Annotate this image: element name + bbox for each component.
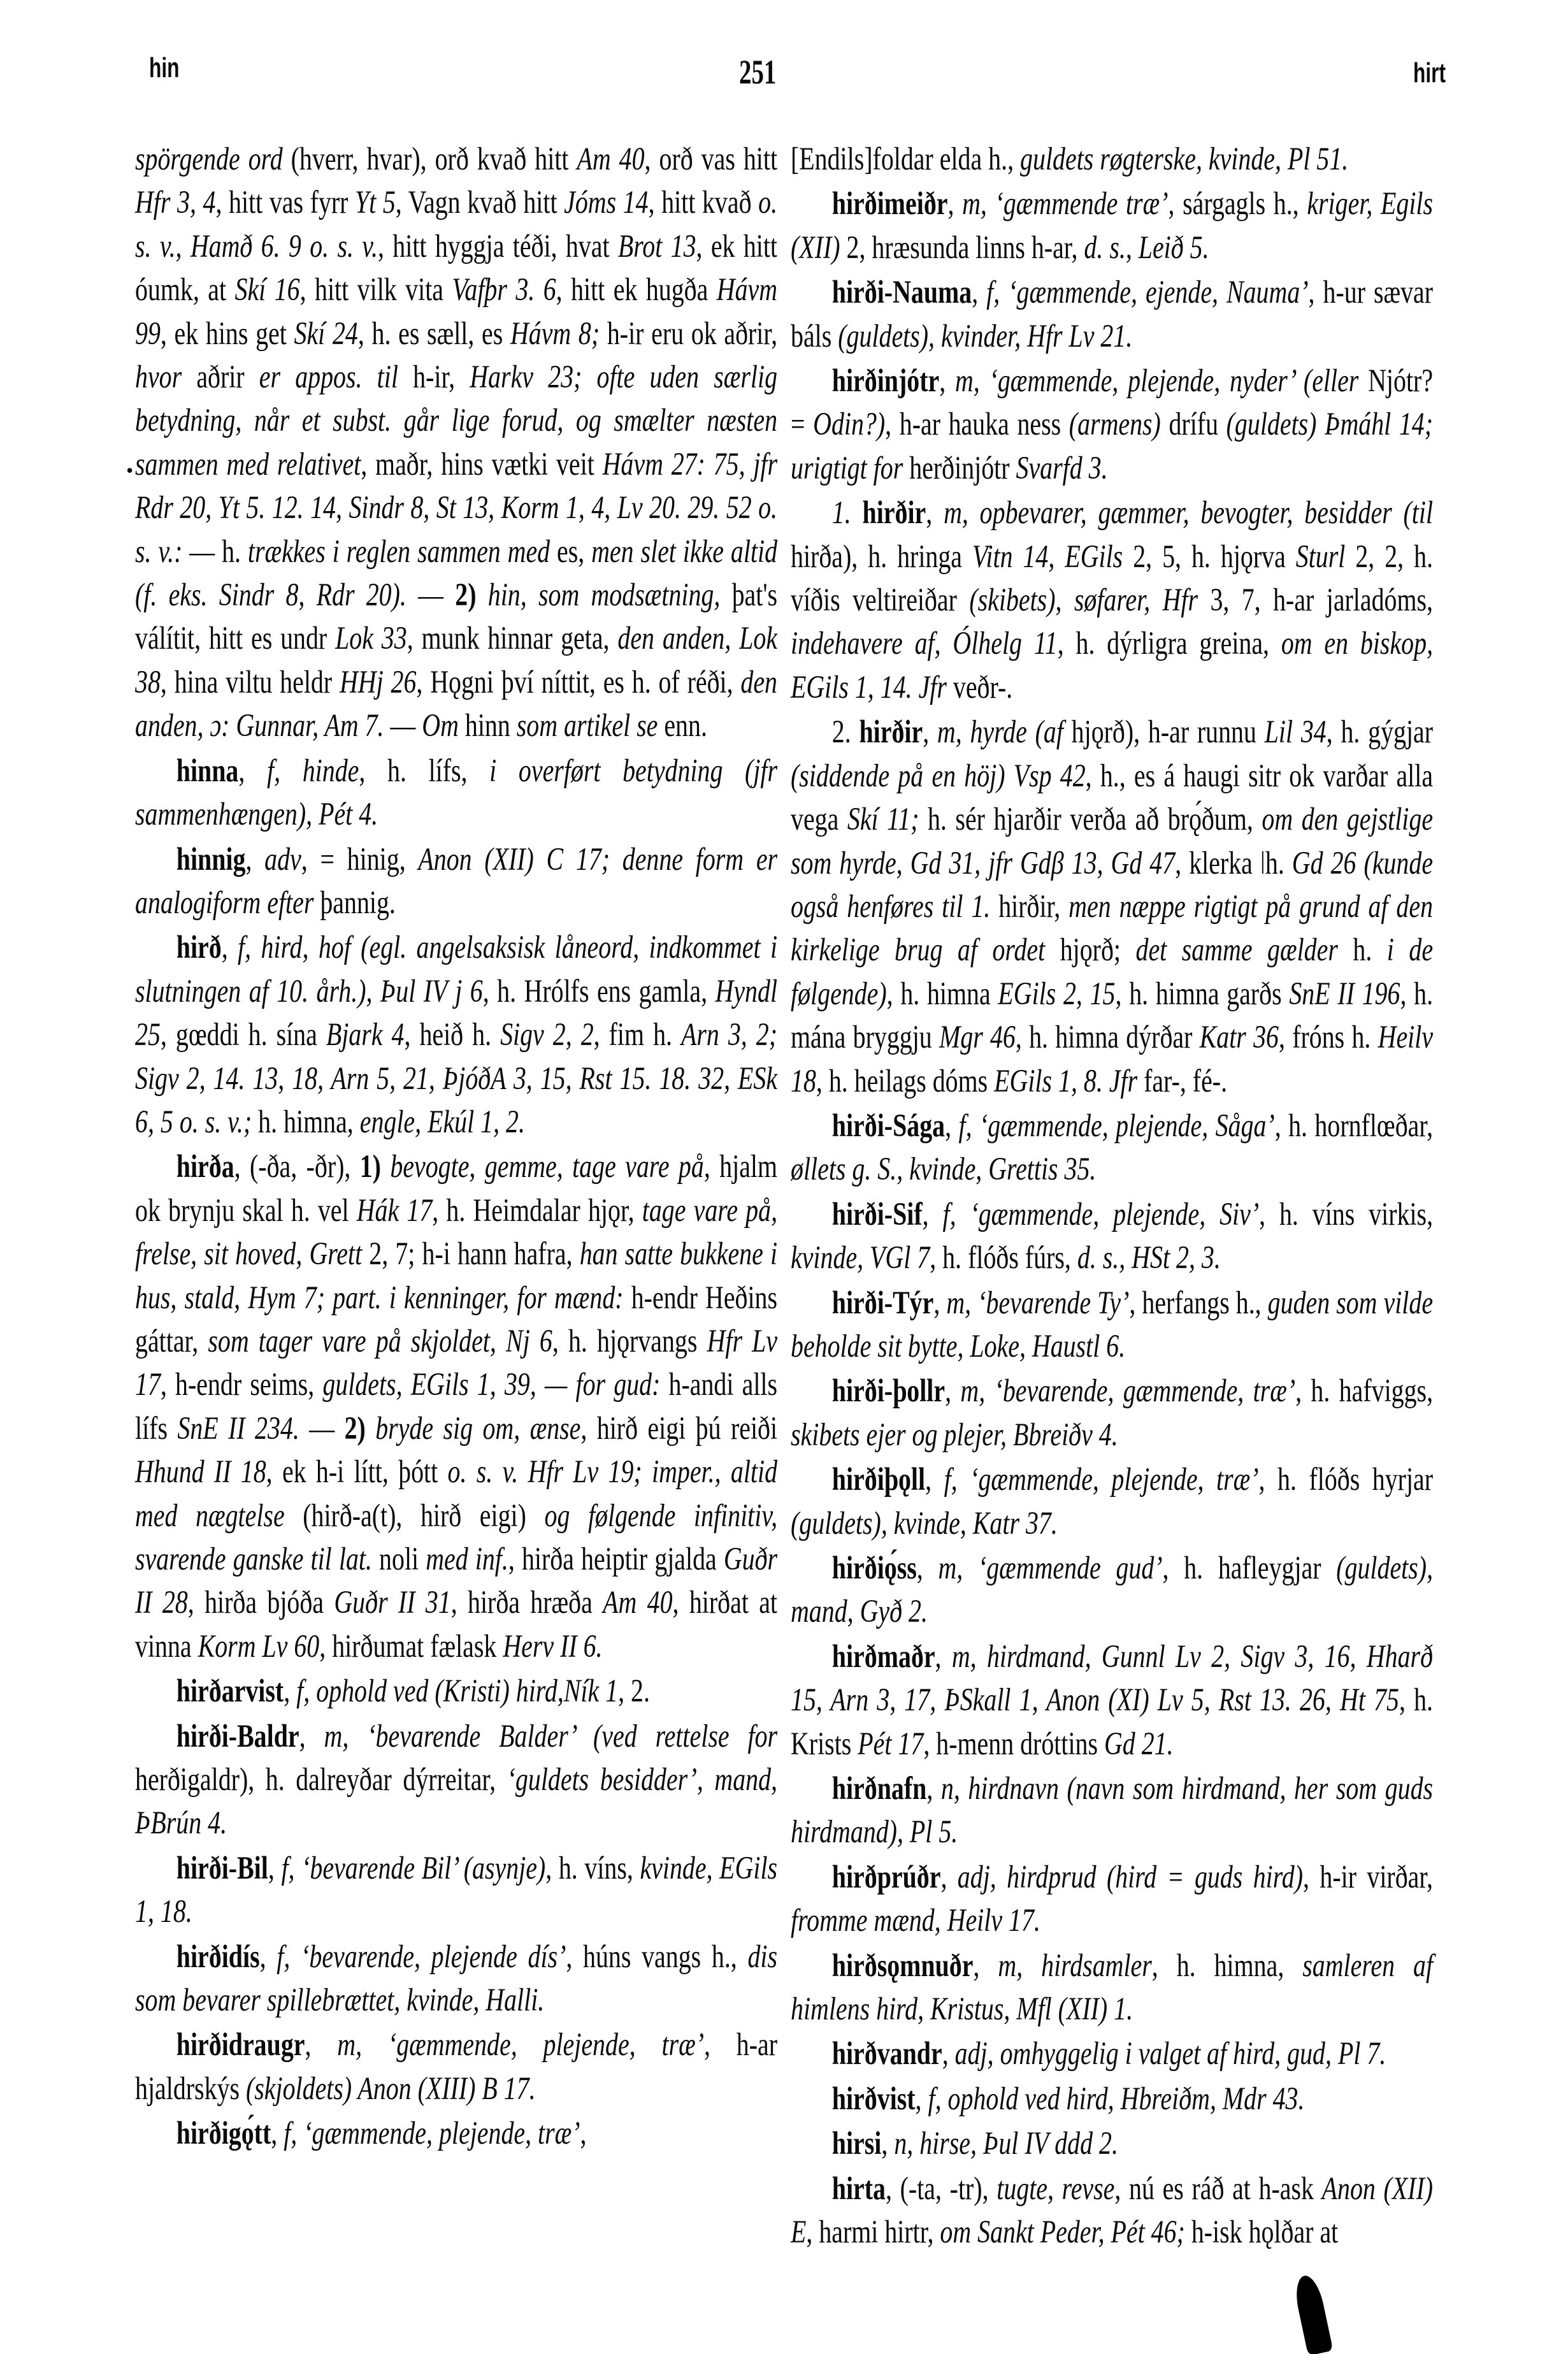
entry-text: , hirða bjóða: [188, 1584, 334, 1620]
italic-gloss: er appos. til: [259, 359, 398, 394]
entry-text: , hirð eigi þú reiði: [580, 1410, 777, 1446]
italic-gloss: adj, omhyggelig i valget af hird, gud, P…: [955, 2035, 1386, 2071]
italic-gloss: m, ‘gæmmende gud’: [938, 1550, 1162, 1585]
dictionary-entry-hirdvandr: hirðvandr, adj, omhyggelig i valget af h…: [791, 2032, 1433, 2075]
right-guide-word: hirt: [1413, 57, 1446, 89]
headword: hirðir: [859, 714, 923, 749]
entry-text: es,: [550, 533, 591, 569]
entry-text: , hirða hræða: [451, 1584, 603, 1620]
entry-text: , h. hafviggs,: [1295, 1373, 1433, 1408]
entry-text: , klerka ǀh.: [1175, 845, 1292, 881]
entry-text: ,: [268, 1850, 282, 1886]
entry-text: ,: [923, 1196, 943, 1232]
italic-gloss: det samme gælder: [1135, 932, 1337, 967]
italic-gloss: Korm Lv 60: [198, 1628, 320, 1664]
entry-text: veðr-.: [947, 669, 1012, 705]
dictionary-entry-hird: hirð, f, hird, hof (egl. angelsaksisk lå…: [135, 925, 777, 1143]
entry-text: 1): [360, 1148, 381, 1184]
entry-text: herðigaldr), h. dalreyðar dýrreitar,: [135, 1761, 507, 1797]
italic-gloss: SnE II 234.: [177, 1410, 299, 1446]
entry-text: ,: [580, 2115, 587, 2151]
entry-text: , h. himna,: [1152, 1947, 1302, 1983]
entry-text: , h-endr seims,: [161, 1366, 322, 1402]
italic-gloss: adv: [264, 841, 301, 877]
italic-gloss: Gd 21.: [1104, 1726, 1174, 1761]
entry-text: hirða), h. hringa: [791, 538, 972, 574]
entry-text: , h. víns virkis,: [1259, 1196, 1433, 1232]
headword: hirði-Sif: [832, 1196, 923, 1232]
italic-gloss: om Sankt Peder, Pét 46;: [940, 2214, 1184, 2249]
entry-text: , hitt hyggja téði, hvat: [378, 228, 618, 264]
entry-text: , h. himna garðs: [1116, 976, 1290, 1011]
entry-text: , sárgagls h.,: [1168, 185, 1307, 221]
dictionary-entry-hirdidis: hirðidís, f, ‘bevarende, plejende dís’, …: [135, 1935, 777, 2022]
entry-text: , h. heilags dóms: [816, 1063, 994, 1099]
italic-gloss: Hfr 3, 4: [135, 184, 215, 220]
headword: hirðmaðr: [832, 1638, 935, 1674]
entry-text: ,: [299, 1718, 324, 1754]
italic-gloss: m, ‘bevarende Ty’: [946, 1285, 1129, 1320]
italic-gloss: f, ‘gæmmende, plejende, træ’: [944, 1461, 1259, 1497]
page-number: 251: [739, 52, 776, 92]
headword: hirðvandr: [832, 2035, 942, 2071]
entry-text: 2, hræsunda linns h-ar,: [840, 229, 1084, 265]
entry-text: þannig.: [313, 885, 396, 920]
italic-gloss: Am 40: [603, 1584, 672, 1620]
entry-text: , húns vangs h.,: [566, 1939, 747, 1974]
left-column-entries: spörgende ord (hverr, hvar), orð kvað hi…: [135, 137, 777, 2155]
entry-text: , h. Heimdalar hjǫr,: [432, 1192, 642, 1228]
entry-text: , Hǫgni því níttit, es h. of réði,: [416, 664, 740, 700]
italic-gloss: f, ‘bevarende Bil’ (asynje): [281, 1850, 545, 1886]
headword: hirði-Sága: [832, 1108, 945, 1143]
italic-gloss: (guldets), kvinder, Hfr Lv 21.: [838, 318, 1132, 354]
entry-text: 2, 7; h-i hann hafra,: [362, 1236, 580, 1271]
italic-gloss: Guðr II 31: [334, 1584, 450, 1620]
entry-text: ,: [284, 1673, 296, 1708]
italic-gloss: EGils 1, 8. Jfr: [994, 1063, 1137, 1099]
entry-text: , hitt vas fyrr: [215, 184, 355, 220]
entry-text: , = hinig,: [301, 841, 419, 877]
headword: hirðprúðr: [832, 1859, 941, 1895]
entry-text: , h. es sæll, es: [358, 315, 510, 351]
entry-text: , h. flóðs fúrs,: [930, 1239, 1077, 1275]
entry-text: [Endils]foldar elda h.,: [791, 141, 1020, 177]
entry-text: ,: [947, 185, 962, 221]
entry-text: h. himna,: [252, 1104, 360, 1139]
italic-gloss: bryde sig om, ænse: [375, 1410, 580, 1446]
italic-gloss: d. s., Leið 5.: [1084, 229, 1209, 265]
italic-gloss: f, ‘gæmmende, plejende, træ’: [284, 2115, 580, 2151]
entry-text: h-isk hǫlðar at: [1185, 2214, 1338, 2249]
entry-text: , (-ta, -tr),: [886, 2170, 996, 2206]
entry-text: ,: [222, 929, 238, 965]
left-column: spörgende ord (hverr, hvar), orð kvað hi…: [135, 137, 777, 2155]
entry-text: —: [384, 707, 422, 743]
dictionary-entry-hirdi-Bil: hirði-Bil, f, ‘bevarende Bil’ (asynje), …: [135, 1846, 777, 1933]
entry-text: 2): [455, 577, 476, 612]
entry-text: ,: [926, 1770, 941, 1806]
entry-text: ,: [926, 495, 944, 530]
headword: hirði-Týr: [832, 1285, 934, 1320]
right-column: [Endils]foldar elda h., guldets røgtersk…: [791, 137, 1433, 2254]
italic-gloss: Mgr 46: [939, 1019, 1016, 1055]
dictionary-entry-hinna: hinna, f, hinde, h. lífs, i overført bet…: [135, 749, 777, 836]
italic-gloss: Skí 24: [294, 315, 358, 351]
dictionary-entry-hirditholl: hirðiþǫll, f, ‘gæmmende, plejende, træ’,…: [791, 1457, 1433, 1545]
italic-gloss: Vafþr 3. 6: [452, 271, 556, 307]
entry-text: , hirða heiptir gjalda: [508, 1541, 724, 1577]
entry-text: , munk hinnar geta,: [407, 620, 618, 656]
italic-gloss: m, ‘gæmmende træ’: [962, 185, 1168, 221]
entry-text: , hirðumat fælask: [319, 1628, 503, 1664]
entry-text: ,: [271, 2115, 284, 2151]
entry-text: ,: [933, 1285, 946, 1320]
dictionary-entry-hinnig: hinnig, adv, = hinig, Anon (XII) C 17; d…: [135, 837, 777, 925]
entry-text: [381, 1148, 390, 1184]
entry-text: herðinjótr: [903, 450, 1016, 486]
headword: hinnig: [176, 841, 246, 877]
headword: hirta: [832, 2170, 886, 2206]
entry-text: , fim h.: [594, 1016, 681, 1052]
italic-gloss: f, ‘gæmmende, ejende, Nauma’: [986, 274, 1308, 310]
entry-text: , herfangs h.,: [1129, 1285, 1267, 1320]
italic-gloss: f, hinde: [267, 753, 359, 788]
italic-gloss: tugte, revse: [996, 2170, 1114, 2206]
italic-gloss: engle, Ekúl 1, 2.: [360, 1104, 525, 1139]
italic-gloss: m, ‘gæmmende, plejende, træ’: [337, 2026, 704, 2062]
italic-gloss: Svarfd 3.: [1016, 450, 1108, 486]
italic-gloss: Yt 5: [355, 184, 396, 220]
entry-text: , ek h-i lítt, þótt: [266, 1454, 448, 1489]
italic-gloss: Odin?): [813, 406, 885, 442]
entry-text: ,: [916, 2081, 928, 2116]
running-head: hin 251 hirt: [0, 38, 1568, 89]
italic-gloss: f, ‘gæmmende, plejende, Siv’: [943, 1196, 1260, 1232]
italic-gloss: f, ‘gæmmende, plejende, Såga’: [959, 1108, 1275, 1143]
italic-gloss: Hhund II 18: [135, 1454, 266, 1489]
italic-gloss: Sigv 2, 2: [500, 1016, 594, 1052]
headword: hirðvist: [832, 2081, 916, 2116]
italic-gloss: som artikel se: [517, 707, 658, 743]
italic-gloss: indehavere af, Ólhelg 11: [791, 625, 1058, 661]
entry-text: , h-ir virðar,: [1303, 1859, 1433, 1895]
italic-gloss: m, hyrde (af: [937, 714, 1063, 749]
entry-text: —: [299, 1410, 345, 1446]
entry-text: , harmi hirtr,: [806, 2214, 940, 2249]
dictionary-entry-hin-cont: spörgende ord (hverr, hvar), orð kvað hi…: [135, 137, 777, 747]
italic-gloss: m, ‘bevarende Balder’ (ved rettelse for: [324, 1718, 778, 1754]
entry-text: , h-menn dróttins: [923, 1726, 1104, 1761]
italic-gloss: med inf.: [426, 1541, 508, 1577]
entry-text: ,: [238, 753, 267, 788]
entry-text: ,: [945, 1373, 960, 1408]
entry-text: ,: [945, 1108, 958, 1143]
headword: hirði-þollr: [832, 1373, 945, 1408]
headword: hirsi: [832, 2125, 882, 2161]
entry-text: , h. víns,: [545, 1850, 640, 1886]
dictionary-entry-hirdnafn: hirðnafn, n, hirdnavn (navn som hirdmand…: [791, 1766, 1433, 1854]
headword: hirðimeiðr: [832, 185, 948, 221]
italic-gloss: spörgende ord: [135, 141, 283, 177]
italic-gloss: Brot 13: [618, 228, 696, 264]
headword: hirðidraugr: [176, 2026, 305, 2062]
italic-gloss: Vitn 14, EGils: [972, 538, 1123, 574]
entry-text: ,: [917, 1550, 939, 1585]
entry-text: , h. hornflœðar,: [1275, 1108, 1433, 1143]
entry-text: , h. himna: [887, 976, 998, 1011]
italic-gloss: Hák 17: [357, 1192, 433, 1228]
entry-text: , hitt vilk vita: [300, 271, 452, 307]
italic-gloss: trækkes i reglen sammen med: [248, 533, 550, 569]
left-guide-word: hin: [149, 52, 180, 84]
italic-gloss: Lil 34: [1265, 714, 1327, 749]
entry-text: h-ir eru ok aðrir,: [600, 315, 777, 351]
italic-gloss: SnE II 196: [1289, 976, 1400, 1011]
entry-text: [366, 1410, 375, 1446]
italic-gloss: guldets, EGils 1, 39, — for gud:: [322, 1366, 660, 1402]
dictionary-entry-hirdidraugr: hirðidraugr, m, ‘gæmmende, plejende, træ…: [135, 2023, 777, 2110]
entry-text: , hina viltu heldr: [161, 664, 340, 700]
italic-gloss: Am 40: [577, 141, 644, 177]
headword: hirðsǫmnuðr: [832, 1947, 974, 1983]
entry-text: , maðr, hins vætki veit: [361, 446, 602, 482]
dictionary-entry-hirdigott: hirðigǫ́tt, f, ‘gæmmende, plejende, træ’…: [135, 2111, 777, 2155]
entry-text: , h. himna dýrðar: [1016, 1019, 1200, 1055]
dictionary-entry-hirdprudr: hirðprúðr, adj, hirdprud (hird = guds hi…: [791, 1855, 1433, 1942]
entry-text: hjǫrð), h-ar runnu: [1063, 714, 1265, 749]
entry-text: , hitt ek hugða: [556, 271, 717, 307]
headword: hirðiǫ́ss: [832, 1550, 917, 1585]
italic-gloss: Skí 16: [235, 271, 300, 307]
entry-text: drífu: [1161, 406, 1226, 442]
entry-text: h-ir,: [398, 359, 470, 394]
dictionary-entry-hirdi-Tyr: hirði-Týr, m, ‘bevarende Ty’, herfangs h…: [791, 1281, 1433, 1368]
headword: hirði-Nauma: [832, 274, 972, 310]
entry-text: 2, 5, h. hjǫrva: [1123, 538, 1296, 574]
italic-gloss: (skibets), søfarer, Hfr: [969, 582, 1198, 617]
entry-text: [477, 577, 488, 612]
italic-gloss: m, ‘bevarende, gæmmende, træ’: [960, 1373, 1295, 1408]
italic-gloss: adj, hirdprud (hird = guds hird): [958, 1859, 1303, 1895]
dictionary-entry-hirdioss: hirðiǫ́ss, m, ‘gæmmende gud’, h. hafleyg…: [791, 1546, 1433, 1633]
headword: hirð: [176, 929, 222, 965]
italic-gloss: fromme mænd, Heilv 17.: [791, 1902, 1040, 1938]
entry-text: , h. hjǫrvangs: [552, 1323, 707, 1359]
dictionary-entry-hirdir-1: 1. hirðir, m, opbevarer, gæmmer, bevogte…: [791, 491, 1433, 709]
italic-gloss: HHj 26: [340, 664, 416, 700]
italic-gloss: hin, som modsætning,: [488, 577, 721, 612]
headword: hirðigǫ́tt: [176, 2115, 271, 2151]
italic-gloss: guldets røgterske, kvinde, Pl 51.: [1020, 141, 1348, 177]
dictionary-entry-hirdimeidr: hirðimeiðr, m, ‘gæmmende træ’, sárgagls …: [791, 182, 1433, 269]
entry-text: ,: [881, 2125, 894, 2161]
italic-gloss: f, ophold ved hird, Hbreiðm, Mdr 43.: [928, 2081, 1304, 2116]
entry-text: ,: [972, 274, 986, 310]
entry-text: ,: [973, 1947, 998, 1983]
italic-gloss: f, ‘bevarende, plejende dís’: [277, 1939, 566, 1974]
italic-gloss: m, opbevarer, gæmmer, bevogter, besidder…: [944, 495, 1433, 530]
italic-gloss: Katr 36: [1200, 1019, 1279, 1055]
italic-gloss: Jóms 14: [564, 184, 648, 220]
italic-gloss: Sturl: [1296, 538, 1346, 574]
entry-text: — h.: [182, 533, 248, 569]
headword: hirði-Baldr: [176, 1718, 299, 1754]
italic-gloss: hvor: [135, 359, 182, 394]
entry-text: , orð vas hitt: [645, 141, 777, 177]
italic-gloss: kvinde, VGl 7: [791, 1239, 930, 1275]
dictionary-entry-hirda: hirða, (-ða, -ðr), 1) bevogte, gemme, ta…: [135, 1145, 777, 1668]
italic-gloss: øllets g. S., kvinde, Grettis 35.: [791, 1151, 1096, 1187]
entry-text: aðrir: [182, 359, 259, 394]
italic-gloss: skibets ejer og plejer, Bbreiðv 4.: [791, 1417, 1118, 1452]
entry-text: , gœddi h. sína: [161, 1016, 326, 1052]
italic-gloss: f, ophold ved (Kristi) hird,Ník 1: [296, 1673, 618, 1708]
entry-text: ,: [923, 714, 937, 749]
entry-text: ,: [939, 363, 955, 398]
italic-gloss: 1.: [832, 495, 863, 530]
dictionary-entry-hirdi-Nauma: hirði-Nauma, f, ‘gæmmende, ejende, Nauma…: [791, 270, 1433, 357]
dictionary-entry-hirdi-Saga: hirði-Sága, f, ‘gæmmende, plejende, Såga…: [791, 1104, 1433, 1191]
dictionary-entry-hirdi-thollr: hirði-þollr, m, ‘bevarende, gæmmende, tr…: [791, 1369, 1433, 1456]
entry-text: , ek hins get: [161, 315, 294, 351]
entry-text: , fróns h.: [1279, 1019, 1378, 1055]
italic-gloss: Om: [422, 707, 459, 743]
margin-mark: •: [126, 459, 133, 482]
entry-text: (hirð-a(t), hirð eigi): [285, 1498, 545, 1533]
headword: hinna: [176, 753, 239, 788]
dictionary-entry-hirdi-Baldr: hirði-Baldr, m, ‘bevarende Balder’ (ved …: [135, 1714, 777, 1845]
italic-gloss: m, ‘gæmmende, plejende, nyder’ (eller: [955, 363, 1358, 398]
entry-text: ,: [260, 1939, 277, 1974]
entry-text: ,: [305, 2026, 337, 2062]
italic-gloss: Skí 11;: [847, 801, 919, 837]
dictionary-entry-hirdvist: hirðvist, f, ophold ved hird, Hbreiðm, M…: [791, 2077, 1433, 2120]
entry-text: hjǫrð;: [1045, 932, 1135, 967]
dictionary-entry-hirdi-Sif: hirði-Sif, f, ‘gæmmende, plejende, Siv’,…: [791, 1192, 1433, 1280]
headword: hirðnafn: [832, 1770, 927, 1806]
italic-gloss: som tager vare på skjoldet, Nj 6: [208, 1323, 552, 1359]
italic-gloss: bevogte, gemme, tage vare på: [390, 1148, 703, 1184]
entry-text: ,: [935, 1638, 952, 1674]
entry-text: —: [406, 577, 455, 612]
italic-gloss: (siddende på en höj) Vsp 42: [791, 758, 1086, 793]
entry-text: , Vagn kvað hitt: [396, 184, 564, 220]
entry-text: h.: [1338, 932, 1387, 967]
dictionary-entry-hirdir-2: 2. hirðir, m, hyrde (af hjǫrð), h-ar run…: [791, 710, 1433, 1102]
headword: hirði-Bil: [176, 1850, 268, 1886]
dictionary-entry-hirta: hirta, (-ta, -tr), tugte, revse, nú es r…: [791, 2167, 1433, 2254]
italic-gloss: Lok 33: [335, 620, 407, 656]
entry-text: , (-ða, -ðr),: [234, 1148, 360, 1184]
italic-gloss: n, hirse, Þul IV ddd 2.: [894, 2125, 1118, 2161]
dictionary-entry-hirdarvist: hirðarvist, f, ophold ved (Kristi) hird,…: [135, 1669, 777, 1712]
entry-text: , h. Hrólfs ens gamla,: [483, 973, 716, 1009]
entry-text: 3, 7, h-ar jarladóms,: [1198, 582, 1433, 617]
entry-text: , hitt kvað: [649, 184, 758, 220]
italic-gloss: (skjoldets) Anon (XIII) B 17.: [246, 2070, 536, 2106]
entry-text: noli: [372, 1541, 426, 1577]
italic-gloss: (armens): [1069, 406, 1161, 442]
entry-text: hinn: [459, 707, 517, 743]
entry-text: , h. hafleygjar: [1163, 1550, 1337, 1585]
entry-text: far-, fé-.: [1137, 1063, 1227, 1099]
italic-gloss: Pét 17: [858, 1726, 923, 1761]
entry-text: hirðir,: [990, 888, 1068, 924]
headword: hirðinjótr: [832, 363, 939, 398]
entry-text: ,: [925, 1461, 944, 1497]
dictionary-entry-hirdsomnudr: hirðsǫmnuðr, m, hirdsamler, h. himna, sa…: [791, 1944, 1433, 2031]
headword: hirðidís: [176, 1939, 260, 1974]
dictionary-entry-hirsi: hirsi, n, hirse, Þul IV ddd 2.: [791, 2121, 1433, 2165]
headword: hirða: [176, 1148, 234, 1184]
italic-gloss: d. s., HSt 2, 3.: [1077, 1239, 1221, 1275]
headword: hirðiþǫll: [832, 1461, 925, 1497]
headword: hirðir: [863, 495, 926, 530]
entry-text: 2.: [832, 714, 860, 749]
dictionary-entry-hirdigott-cont: [Endils]foldar elda h., guldets røgtersk…: [791, 137, 1433, 180]
entry-text: , h. lífs,: [359, 753, 489, 788]
entry-text: , nú es ráð at h-ask: [1114, 2170, 1321, 2206]
entry-text: enn.: [658, 707, 707, 743]
entry-text: , h. gýgjar: [1327, 714, 1433, 749]
headword: hirðarvist: [176, 1673, 284, 1708]
entry-text: (hverr, hvar), orð kvað hitt: [283, 141, 577, 177]
italic-gloss: Herv II 6.: [503, 1628, 602, 1664]
italic-gloss: Hávm 8;: [510, 315, 600, 351]
right-column-entries: [Endils]foldar elda h., guldets røgtersk…: [791, 137, 1433, 2254]
entry-text: , h. flóðs hyrjar: [1259, 1461, 1433, 1497]
entry-text: ,: [245, 841, 264, 877]
dictionary-entry-hirdmadr: hirðmaðr, m, hirdmand, Gunnl Lv 2, Sigv …: [791, 1635, 1433, 1765]
entry-text: ,: [940, 1859, 957, 1895]
entry-text: h. sér hjarðir verða að brǫ́ðum,: [919, 801, 1262, 837]
italic-gloss: EGils 2, 15: [998, 976, 1115, 1011]
scan-artifact: [1292, 2273, 1334, 2354]
entry-text: , 2.: [618, 1673, 650, 1708]
italic-gloss: m, hirdsamler: [998, 1947, 1151, 1983]
entry-text: , heið h.: [404, 1016, 500, 1052]
italic-gloss: Bjark 4: [326, 1016, 405, 1052]
italic-gloss: (guldets), kvinde, Katr 37.: [791, 1505, 1058, 1541]
dictionary-entry-hirdinjotr: hirðinjótr, m, ‘gæmmende, plejende, nyde…: [791, 359, 1433, 489]
entry-text: ,: [942, 2035, 955, 2071]
entry-text: , h-ar hauka ness: [885, 406, 1069, 442]
entry-text: 2): [345, 1410, 366, 1446]
entry-text: , h. dýrligra greina,: [1058, 625, 1281, 661]
